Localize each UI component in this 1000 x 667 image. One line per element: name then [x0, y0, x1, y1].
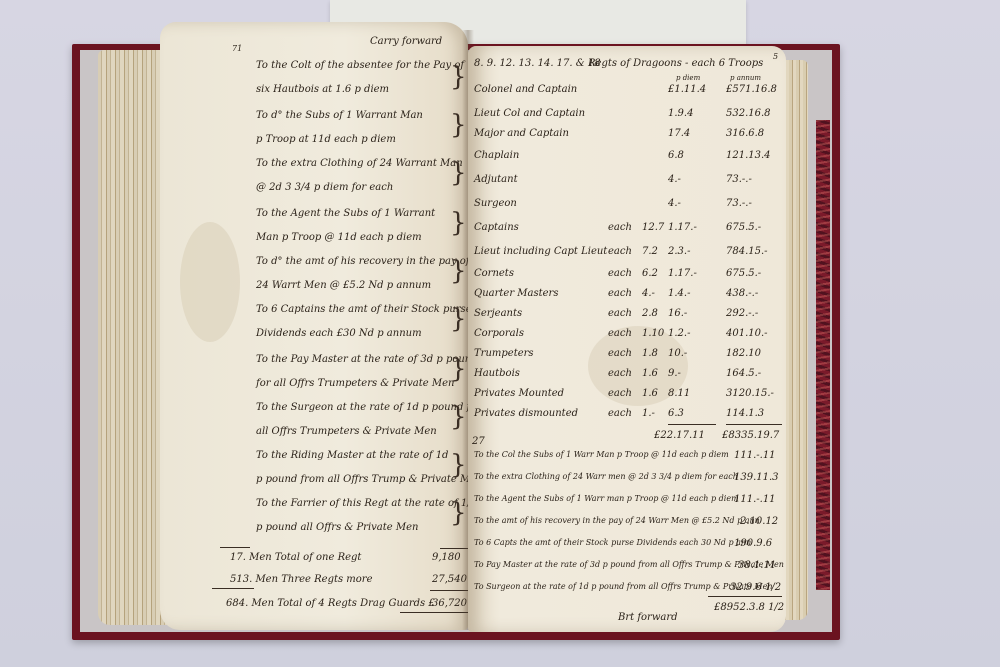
- left-page: 71 Carry forward To the Colt of the abse…: [160, 22, 468, 630]
- pay-per-annum: £571.16.8: [726, 84, 777, 95]
- page-mark: 71: [232, 44, 242, 53]
- addition-line: To the Agent the Subs of 1 Warr man p Tr…: [474, 494, 739, 503]
- entry-line: for all Offrs Trumpeters & Private Men: [256, 378, 454, 389]
- addition-line: To Surgeon at the rate of 1d p pound fro…: [474, 582, 773, 591]
- entry-line: all Offrs Trumpeters & Private Men: [256, 426, 437, 437]
- addition-amount: 139.11.3: [734, 472, 779, 483]
- pay-per-annum: 532.16.8: [726, 108, 771, 119]
- count-value: 7.2: [642, 246, 658, 257]
- rank-label: Chaplain: [474, 150, 519, 161]
- pay-per-diem: 10.-: [668, 348, 687, 359]
- table-row: Privates Mounted each 1.6 8.11 3120.15.-: [468, 388, 786, 402]
- table-row: Quarter Masters each 4.- 1.4.- 438.-.-: [468, 288, 786, 302]
- count-value: 1.8: [642, 348, 658, 359]
- count-value: 6.2: [642, 268, 658, 279]
- rank-label: Major and Captain: [474, 128, 569, 139]
- pay-per-annum: 182.10: [726, 348, 761, 359]
- pay-per-annum: 164.5.-: [726, 368, 761, 379]
- entry-line: p Troop at 11d each p diem: [256, 134, 396, 145]
- right-page-title: Regts of Dragoons - each 6 Troops: [588, 58, 763, 69]
- pay-per-diem: 6.3: [668, 408, 684, 419]
- paper-stain: [180, 222, 240, 342]
- grand-total: £8952.3.8 1/2: [714, 602, 784, 613]
- addition-line: To the amt of his recovery in the pay of…: [474, 516, 760, 525]
- rank-label: Colonel and Captain: [474, 84, 577, 95]
- addition-amount: 190.9.6: [734, 538, 772, 549]
- entry-line: To the extra Clothing of 24 Warrant Man: [256, 158, 463, 169]
- entry-line: To the Colt of the absentee for the Pay …: [256, 60, 464, 71]
- count-value: 2.8: [642, 308, 658, 319]
- pay-per-diem: 1.17.-: [668, 268, 697, 279]
- pay-per-annum: 784.15.-: [726, 246, 768, 257]
- rank-label: Adjutant: [474, 174, 518, 185]
- rank-label: Cornets: [474, 268, 514, 279]
- margin-mark: 27: [472, 436, 485, 447]
- pay-per-diem: 4.-: [668, 174, 681, 185]
- addition-line: To the Col the Subs of 1 Warr Man p Troo…: [474, 450, 729, 459]
- rule-line: [668, 424, 716, 425]
- entry-line: To d° the amt of his recovery in the pay…: [256, 256, 470, 267]
- rule-line: [400, 612, 468, 613]
- each-label: each: [608, 288, 632, 299]
- pay-per-diem: 1.2.-: [668, 328, 690, 339]
- table-row: Serjeants each 2.8 16.- 292.-.-: [468, 308, 786, 322]
- pay-per-annum: 316.6.8: [726, 128, 764, 139]
- entry-line: To 6 Captains the amt of their Stock pur…: [256, 304, 472, 315]
- count-value: 12.7: [642, 222, 664, 233]
- pay-per-annum: 73.-.-: [726, 198, 752, 209]
- subtotal-pay: £22.17.11: [654, 430, 705, 441]
- addition-amount: 111.-.11: [734, 450, 776, 461]
- each-label: each: [608, 328, 632, 339]
- addition-amount: 2.10.12: [740, 516, 778, 527]
- count-value: 1.10: [642, 328, 664, 339]
- col-head-per-annum: p annum: [730, 74, 761, 82]
- right-page-footer: Brt forward: [618, 612, 678, 623]
- pay-per-annum: 401.10.-: [726, 328, 768, 339]
- entry-line: Man p Troop @ 11d each p diem: [256, 232, 422, 243]
- summary-label: 17. Men Total of one Regt: [230, 552, 361, 563]
- rank-label: Trumpeters: [474, 348, 534, 359]
- table-row: Trumpeters each 1.8 10.- 182.10: [468, 348, 786, 362]
- entry-line: @ 2d 3 3/4 p diem for each: [256, 182, 393, 193]
- subtotal-total: £8335.19.7: [722, 430, 779, 441]
- each-label: each: [608, 222, 632, 233]
- each-label: each: [608, 388, 632, 399]
- each-label: each: [608, 246, 632, 257]
- rank-label: Serjeants: [474, 308, 522, 319]
- rank-label: Hautbois: [474, 368, 520, 379]
- page-mark: 5: [773, 52, 778, 61]
- each-label: each: [608, 348, 632, 359]
- entry-line: To the Riding Master at the rate of 1d: [256, 450, 448, 461]
- entry-line: To d° the Subs of 1 Warrant Man: [256, 110, 423, 121]
- pay-per-diem: 9.-: [668, 368, 681, 379]
- each-label: each: [608, 268, 632, 279]
- addition-line: To the extra Clothing of 24 Warr men @ 2…: [474, 472, 738, 481]
- each-label: each: [608, 308, 632, 319]
- summary-amount: 9,180: [432, 552, 461, 563]
- rule-line: [726, 424, 782, 425]
- pay-per-annum: 438.-.-: [726, 288, 758, 299]
- count-value: 1.6: [642, 388, 658, 399]
- pay-per-diem: 1.9.4: [668, 108, 693, 119]
- entry-line: Dividends each £30 Nd p annum: [256, 328, 422, 339]
- rank-label: Captains: [474, 222, 519, 233]
- col-head-per-diem: p diem: [676, 74, 700, 82]
- rank-label: Surgeon: [474, 198, 517, 209]
- left-page-header: Carry forward: [370, 36, 442, 47]
- addition-amount: 32.9.6 1/2: [730, 582, 781, 593]
- regiment-numbers: 8. 9. 12. 13. 14. 17. & 18: [474, 58, 601, 69]
- rank-label: Corporals: [474, 328, 524, 339]
- pay-per-diem: 1.4.-: [668, 288, 690, 299]
- table-row: Major and Captain 17.4 316.6.8: [468, 128, 786, 142]
- table-row: Lieut including Capt Lieut each 7.2 2.3.…: [468, 246, 786, 260]
- pay-per-diem: £1.11.4: [668, 84, 706, 95]
- pay-per-diem: 6.8: [668, 150, 684, 161]
- marbled-endpaper: [816, 120, 830, 590]
- entry-line: 24 Warrt Men @ £5.2 Nd p annum: [256, 280, 431, 291]
- table-row: Surgeon 4.- 73.-.-: [468, 198, 786, 212]
- count-value: 1.6: [642, 368, 658, 379]
- pay-per-annum: 292.-.-: [726, 308, 758, 319]
- entry-line: six Hautbois at 1.6 p diem: [256, 84, 389, 95]
- table-row: Corporals each 1.10 1.2.- 401.10.-: [468, 328, 786, 342]
- addition-amount: 111.-.11: [734, 494, 776, 505]
- table-row: Lieut Col and Captain 1.9.4 532.16.8: [468, 108, 786, 122]
- table-row: Chaplain 6.8 121.13.4: [468, 150, 786, 164]
- each-label: each: [608, 368, 632, 379]
- rank-label: Privates Mounted: [474, 388, 564, 399]
- table-row: Privates dismounted each 1.- 6.3 114.1.3: [468, 408, 786, 422]
- table-row: Adjutant 4.- 73.-.-: [468, 174, 786, 188]
- pay-per-annum: 73.-.-: [726, 174, 752, 185]
- count-value: 4.-: [642, 288, 655, 299]
- table-row: Colonel and Captain £1.11.4 £571.16.8: [468, 84, 786, 98]
- pay-per-annum: 675.5.-: [726, 222, 761, 233]
- pay-per-diem: 1.17.-: [668, 222, 697, 233]
- addition-line: To 6 Capts the amt of their Stock purse …: [474, 538, 751, 547]
- pay-per-annum: 675.5.-: [726, 268, 761, 279]
- pay-per-annum: 3120.15.-: [726, 388, 774, 399]
- pay-per-diem: 16.-: [668, 308, 687, 319]
- rank-label: Quarter Masters: [474, 288, 558, 299]
- pay-per-diem: 4.-: [668, 198, 681, 209]
- rank-label: Lieut Col and Captain: [474, 108, 585, 119]
- addition-amount: 38.1.11: [738, 560, 776, 571]
- pay-per-annum: 114.1.3: [726, 408, 764, 419]
- summary-label: 513. Men Three Regts more: [230, 574, 373, 585]
- entry-line: p pound from all Offrs Trump & Private M…: [256, 474, 483, 485]
- rank-label: Lieut including Capt Lieut: [474, 246, 607, 257]
- table-row: Captains each 12.7 1.17.- 675.5.-: [468, 222, 786, 236]
- rule-line: [212, 588, 254, 589]
- each-label: each: [608, 408, 632, 419]
- right-page: 5 8. 9. 12. 13. 14. 17. & 18 Regts of Dr…: [468, 46, 786, 632]
- pay-per-diem: 17.4: [668, 128, 690, 139]
- summary-label: 684. Men Total of 4 Regts Drag Guards £: [226, 598, 435, 609]
- pay-per-annum: 121.13.4: [726, 150, 771, 161]
- entry-line: To the Pay Master at the rate of 3d p po…: [256, 354, 478, 365]
- count-value: 1.-: [642, 408, 655, 419]
- table-row: Cornets each 6.2 1.17.- 675.5.-: [468, 268, 786, 282]
- table-row: Hautbois each 1.6 9.- 164.5.-: [468, 368, 786, 382]
- pay-per-diem: 2.3.-: [668, 246, 690, 257]
- pay-per-diem: 8.11: [668, 388, 690, 399]
- rank-label: Privates dismounted: [474, 408, 578, 419]
- entry-line: To the Agent the Subs of 1 Warrant: [256, 208, 435, 219]
- rule-line: [708, 596, 782, 597]
- rule-line: [220, 547, 250, 548]
- entry-line: p pound all Offrs & Private Men: [256, 522, 419, 533]
